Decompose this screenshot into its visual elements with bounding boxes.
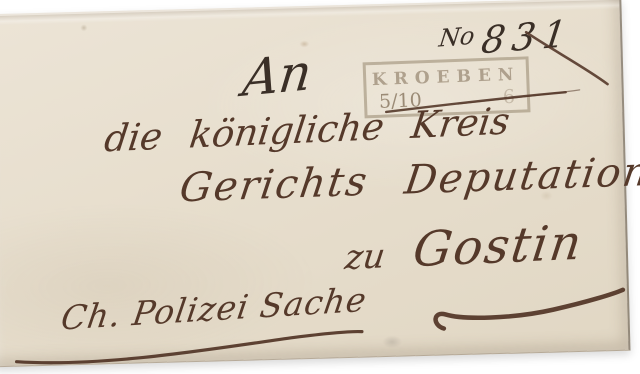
- letter-sheet: An No831 KROEBEN 5/10 6 die königliche K…: [0, 0, 631, 367]
- address-line-3: zu Gostin: [342, 214, 586, 281]
- address-place-name: Gostin: [410, 214, 587, 278]
- salutation-handwriting: An: [240, 43, 315, 108]
- address-line-1: die königliche Kreis: [102, 99, 512, 160]
- gostin-underline-flourish: [435, 290, 624, 329]
- address-zu: zu: [343, 236, 388, 278]
- file-number-value: 831: [479, 12, 576, 63]
- endorsement-handwriting: Ch. Polizei Sache: [59, 280, 370, 338]
- file-number-no-label: No: [437, 21, 476, 52]
- address-line-2: Gerichts Deputation: [177, 149, 640, 212]
